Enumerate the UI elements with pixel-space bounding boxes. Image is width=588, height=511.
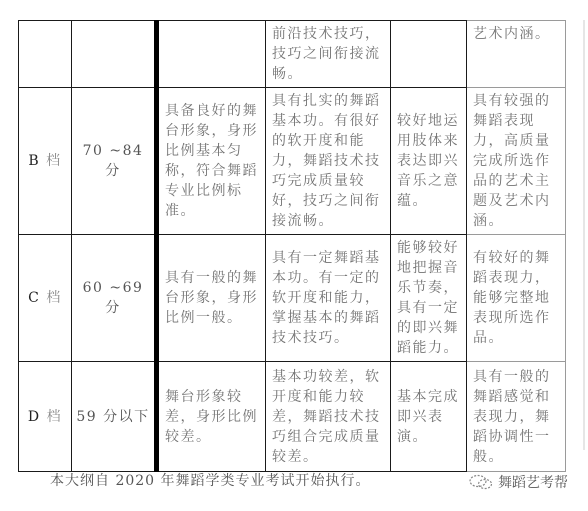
- page-edge: [583, 20, 585, 450]
- basic-skill-cell: 基本功较差，软开度和能力较差，舞蹈技术技巧组合完成质量较差。: [266, 362, 391, 472]
- stage-image-cell: 具备良好的舞台形象，身形比例基本匀称，符合舞蹈专业比例标准。: [157, 88, 266, 235]
- table-row-grade-c: C 档 60 ~69 分 具有一般的舞台形象，身形比例一般。 具有一定舞蹈基本功…: [19, 235, 566, 362]
- score-cell: [72, 21, 157, 88]
- footer-note: 本大纲自 2020 年舞蹈学类专业考试开始执行。: [50, 470, 371, 490]
- stage-image-cell: 舞台形象较差，身形比例较差。: [157, 362, 266, 472]
- improvisation-cell: 能够较好地把握音乐节奏，具有一定的即兴舞蹈能力。: [391, 235, 467, 362]
- table-row-grade-b: B 档 70 ~84 分 具备良好的舞台形象，身形比例基本匀称，符合舞蹈专业比例…: [19, 88, 566, 235]
- grade-cell: C 档: [19, 235, 72, 362]
- grading-table-container: 前沿技术技巧，技巧之间衔接流畅。 艺术内涵。 B 档 70 ~84 分 具备良好…: [18, 20, 566, 472]
- grade-cell: B 档: [19, 88, 72, 235]
- score-cell: 59 分以下: [72, 362, 157, 472]
- score-cell: 70 ~84 分: [72, 88, 157, 235]
- expressiveness-cell: 有较好的舞蹈表现力，能够完整地表现所选作品。: [467, 235, 566, 362]
- basic-skill-cell: 具有扎实的舞蹈基本功。有很好的软开度和能力，舞蹈技术技巧完成质量较好，技巧之间衔…: [266, 88, 391, 235]
- wechat-icon: [468, 474, 494, 490]
- improvisation-cell: 基本完成即兴表演。: [391, 362, 467, 472]
- table-row-continued: 前沿技术技巧，技巧之间衔接流畅。 艺术内涵。: [19, 21, 566, 88]
- table-row-grade-d: D 档 59 分以下 舞台形象较差，身形比例较差。 基本功较差，软开度和能力较差…: [19, 362, 566, 472]
- stage-image-cell: 具有一般的舞台形象，身形比例一般。: [157, 235, 266, 362]
- grade-cell: [19, 21, 72, 88]
- grading-table: 前沿技术技巧，技巧之间衔接流畅。 艺术内涵。 B 档 70 ~84 分 具备良好…: [18, 20, 566, 472]
- improvisation-cell: 较好地运用肢体来表达即兴音乐之意蕴。: [391, 88, 467, 235]
- expressiveness-cell: 具有一般的舞蹈感觉和表现力，舞蹈协调性一般。: [467, 362, 566, 472]
- score-cell: 60 ~69 分: [72, 235, 157, 362]
- watermark: 舞蹈艺考帮: [468, 472, 568, 492]
- watermark-text: 舞蹈艺考帮: [498, 472, 568, 492]
- expressiveness-cell: 具有较强的舞蹈表现力，高质量完成所选作品的艺术主题及艺术内涵。: [467, 88, 566, 235]
- grade-cell: D 档: [19, 362, 72, 472]
- stage-image-cell: [157, 21, 266, 88]
- basic-skill-cell: 前沿技术技巧，技巧之间衔接流畅。: [266, 21, 391, 88]
- basic-skill-cell: 具有一定舞蹈基本功。有一定的软开度和能力，掌握基本的舞蹈技术技巧。: [266, 235, 391, 362]
- expressiveness-cell: 艺术内涵。: [467, 21, 566, 88]
- improvisation-cell: [391, 21, 467, 88]
